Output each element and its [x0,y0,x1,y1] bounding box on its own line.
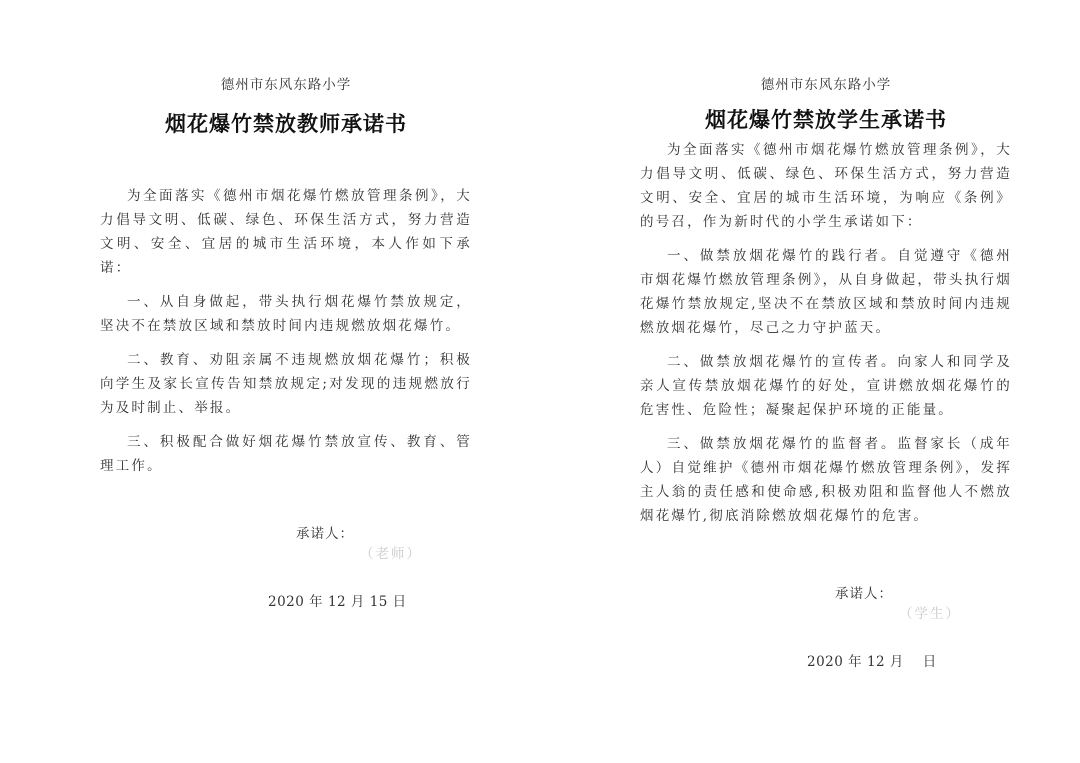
pledge-date: 2020 年 12 月 15 日 [268,590,407,610]
pledge-item-3: 三、积极配合做好烟花爆竹禁放宣传、教育、管理工作。 [100,430,472,478]
signature-line: 承诺人：（老师） [296,522,472,562]
pledge-item-1: 一、做禁放烟花爆竹的践行者。自觉遵守《德州市烟花爆竹燃放管理条例》，从自身做起，… [640,244,1012,340]
signer-role: （学生） [899,606,961,622]
pledge-body: 为全面落实《德州市烟花爆竹燃放管理条例》，大力倡导文明、低碳、绿色、环保生活方式… [640,138,1012,538]
signer-label: 承诺人： [835,586,893,602]
pledge-item-1: 一、从自身做起，带头执行烟花爆竹禁放规定，坚决不在禁放区域和禁放时间内违规燃放烟… [100,290,472,338]
document-title: 烟花爆竹禁放教师承诺书 [100,108,472,138]
signature-line: 承诺人：（学生） [835,582,1012,622]
pledge-item-3: 三、做禁放烟花爆竹的监督者。监督家长（成年人）自觉维护《德州市烟花爆竹燃放管理条… [640,432,1012,528]
school-name: 德州市东风东路小学 [640,73,1012,93]
signer-label: 承诺人： [296,526,354,542]
intro-paragraph: 为全面落实《德州市烟花爆竹燃放管理条例》，大力倡导文明、低碳、绿色、环保生活方式… [640,138,1012,234]
pledge-item-2: 二、教育、劝阻亲属不违规燃放烟花爆竹；积极向学生及家长宣传告知禁放规定;对发现的… [100,348,472,420]
document-title: 烟花爆竹禁放学生承诺书 [640,104,1012,134]
pledge-item-2: 二、做禁放烟花爆竹的宣传者。向家人和同学及亲人宣传禁放烟花爆竹的好处，宣讲燃放烟… [640,350,1012,422]
school-name: 德州市东风东路小学 [100,73,472,93]
intro-paragraph: 为全面落实《德州市烟花爆竹燃放管理条例》，大力倡导文明、低碳、绿色、环保生活方式… [100,184,472,280]
pledge-date: 2020 年 12 月 日 [807,650,937,670]
signer-role: （老师） [360,546,422,562]
pledge-body: 为全面落实《德州市烟花爆竹燃放管理条例》，大力倡导文明、低碳、绿色、环保生活方式… [100,184,472,488]
